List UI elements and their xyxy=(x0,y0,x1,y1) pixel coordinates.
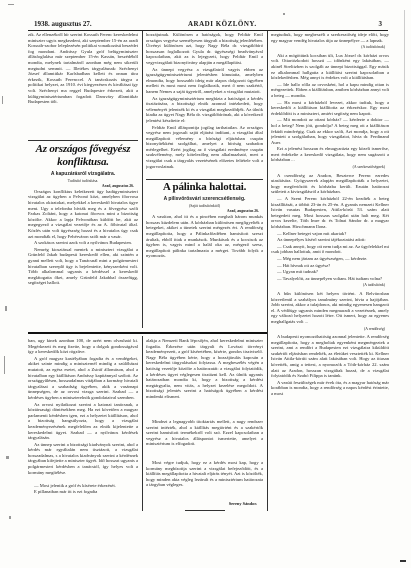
page-number: 3 xyxy=(379,20,383,28)
source-note: (A tudósítónak) xyxy=(271,45,389,51)
middle-column-top: hozzájutnak. Különösen a hatóságok, hogy… xyxy=(146,32,263,328)
article-paragraph: Ezt a jelenést hosszan és elmagyarázta e… xyxy=(271,146,389,163)
article-paragraph: Aki a mögöttünk kocsiban ült, Lux József… xyxy=(271,53,389,81)
section-divider xyxy=(28,140,138,141)
article-paragraph: hozzájutnak. Különösen a hatóságok, hogy… xyxy=(146,32,263,66)
subhead-palinka: A pilisvörösvári szerencsétlenség. xyxy=(146,196,263,203)
article-paragraph: alakja a Nemzeti Bank lépcsőjén, ahol ke… xyxy=(146,338,263,418)
column-divider xyxy=(267,31,268,511)
page-header: 1938. augusztus 27. ARADI KÖZLÖNY. 3 xyxy=(28,20,388,31)
middle-column-bottom: alakja a Nemzeti Bank lépcsőjén, ahol ke… xyxy=(146,338,263,512)
scan-speck xyxy=(283,13,285,15)
headline-fovegyesz: Az országos fővegyész konfliktusa. xyxy=(28,143,138,169)
intro-paragraph: zik. Az ellenzékről hír szerint Kossuth … xyxy=(28,32,138,138)
article-paragraph: A vasúton, ahol itt és a pincében meghal… xyxy=(146,214,263,259)
article-paragraph: Most végre tudjuk, hogy ez a kérdés most… xyxy=(146,460,263,500)
article-paragraph: A gróf magyar kastélyában fogadta és a v… xyxy=(28,356,138,401)
newspaper-page: 1938. augusztus 27. ARADI KÖZLÖNY. 3 zik… xyxy=(0,0,411,568)
article-paragraph: — Most jelentik a gróf és kísérete érkez… xyxy=(28,483,138,489)
scan-speck xyxy=(2,96,3,104)
article-paragraph: — Hát hívnak ott az ügyész? xyxy=(271,263,389,269)
scan-speck xyxy=(5,306,7,311)
scan-speck xyxy=(404,10,405,310)
newspaper-title: ARADI KÖZLÖNY. xyxy=(188,20,257,28)
article-paragraph: A szokásos szerint azok volt a nyilvános… xyxy=(28,240,138,246)
article-separator-rule xyxy=(28,332,267,334)
source-note: (A rendőrség) xyxy=(271,327,389,333)
article-paragraph: — Mit mondott az ottani kórház? — kérdez… xyxy=(271,117,389,145)
headline-palinka: A pálinka halottai. xyxy=(146,181,263,194)
article-paragraph: — Ha most a kórházból levezet, akkor tud… xyxy=(271,100,389,117)
article-paragraph: E pillanatban már itt is ezt fogadta xyxy=(28,489,138,495)
article-paragraph: — Ugyan mit tudnak? xyxy=(271,269,389,275)
scan-speck xyxy=(4,356,5,374)
article-paragraph: — A Szent Ferenc kórházból 22-én kezdték… xyxy=(271,196,389,230)
scan-speck xyxy=(6,456,9,459)
article-paragraph: Az ünnepélyes kísérő szerint tájékoztatá… xyxy=(271,237,389,243)
article-paragraph: Az ünnep szerint a bizottsági kiadványok… xyxy=(28,442,138,482)
article-paragraph: A vasúti feszültségek már évek óta, és a… xyxy=(271,380,389,397)
article-paragraph: A budapesti nyomozóhatóság azonnal jelen… xyxy=(271,334,389,379)
article-paragraph: A csendőrség az Aradon, Beszterce Ferenc… xyxy=(271,173,389,195)
scan-speck xyxy=(9,516,11,519)
subhead-fovegyesz: A kapuzárásról vizsgálatra. xyxy=(28,171,138,178)
article-paragraph: Az ünnepi vegyész a vizsgálatról vagyis … xyxy=(146,67,263,95)
column-divider xyxy=(142,336,143,511)
end-rule xyxy=(185,510,225,511)
article-paragraph: megtudtuk, hogy megbeszélt a szerkesztős… xyxy=(271,32,389,43)
article-paragraph: Mindezt a legnagyobb titoktartás mellett… xyxy=(146,419,263,459)
article-paragraph: A bűn különösen két helyen történt. A Be… xyxy=(271,291,389,325)
scan-speck xyxy=(400,560,406,562)
source-note: (A szerkesztőségnek) xyxy=(271,165,389,171)
section-divider xyxy=(146,179,263,180)
issue-date: 1938. augusztus 27. xyxy=(34,20,92,28)
column-divider xyxy=(142,31,143,328)
article-paragraph: Nemrég kiosztással mentek a miniszteri v… xyxy=(28,247,138,286)
right-column: megtudtuk, hogy megbeszélt a szerkesztős… xyxy=(271,32,389,502)
source-note: (A tudósítónk) xyxy=(271,283,389,289)
left-column-top: zik. Az ellenzékről hír szerint Kossuth … xyxy=(28,32,138,332)
left-column-bottom: ban, ugy kinek azonban 100, de azért nem… xyxy=(28,338,138,512)
article-paragraph: Országos konfliktus keletkezett ügy hadü… xyxy=(28,189,138,239)
author-signature: Sereny Sándor. xyxy=(146,501,263,507)
article-paragraph: — Ide hallo rólla az orvosként, hol a ka… xyxy=(271,82,389,99)
article-paragraph: — Még nem jártam az ügyészségen, — kérde… xyxy=(271,256,389,262)
article-paragraph: — Csak annyit, hogy ott nem tudja mi az.… xyxy=(271,244,389,255)
article-paragraph: — Kellner betegei vajon mit akartak? xyxy=(271,231,389,237)
article-paragraph: Az igazságügyminisztérium megbízta a hat… xyxy=(146,96,263,124)
scan-speck xyxy=(8,4,14,5)
article-paragraph: Az orvosi nyilatkozat szerint a katonai … xyxy=(28,402,138,441)
article-paragraph: Feldtár Emil állásponttja jogilag tartha… xyxy=(146,125,263,177)
article-paragraph: ban, ugy kinek azonban 100, de azért nem… xyxy=(28,338,138,355)
article-paragraph: — Tavalyelőtt, az ünnepélyen voltam. Hát… xyxy=(271,276,389,282)
